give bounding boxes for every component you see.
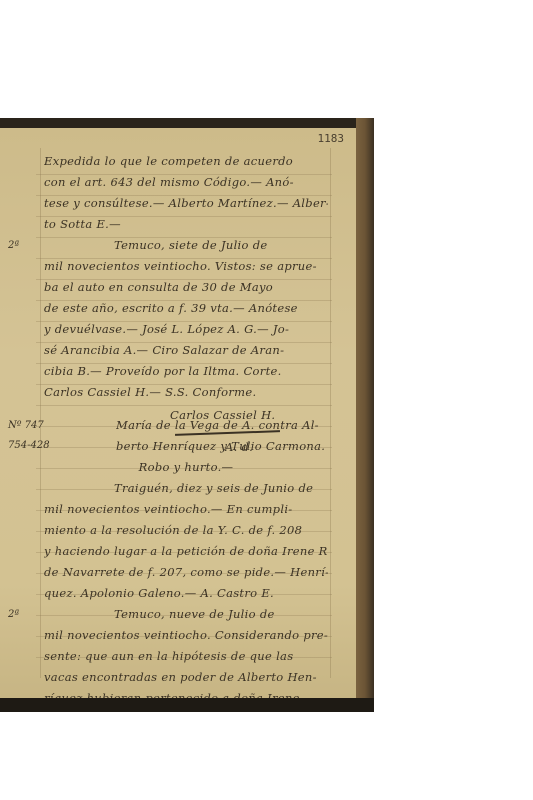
text-line: mil novecientos veintiocho.— En cumpli- xyxy=(44,502,328,523)
text-line: quez. Apolonio Galeno.— A. Castro E. xyxy=(44,586,328,607)
book-spine xyxy=(356,118,374,712)
margin-case-number: Nº 747 xyxy=(8,420,44,431)
case-title: berto Henríquez y Tulio Carmona. xyxy=(116,439,328,460)
scanned-ledger-page: 1183 Expedida lo que le competen de acue… xyxy=(0,118,374,712)
text-line: de Navarrete de f. 207, como se pide.— H… xyxy=(44,565,328,586)
text-line: y devuélvase.— José L. López A. G.— Jo- xyxy=(44,322,328,343)
text-line: mil novecientos veintiocho. Vistos: se a… xyxy=(44,259,328,280)
text-line: miento a la resolución de la Y. C. de f.… xyxy=(44,523,328,544)
folio-number: 1183 xyxy=(318,132,345,145)
case-subject: Robo y hurto.— xyxy=(44,460,328,481)
margin-case-ref: 754-428 xyxy=(8,440,50,451)
paper-page: 1183 Expedida lo que le competen de acue… xyxy=(0,128,358,698)
text-line: con el art. 643 del mismo Código.— Anó- xyxy=(44,175,328,196)
text-line: sente: que aun en la hipótesis de que la… xyxy=(44,649,328,670)
text-line: sé Arancibia A.— Ciro Salazar de Aran- xyxy=(44,343,328,364)
left-margin-line xyxy=(40,148,41,678)
text-line: to Sotta E.— xyxy=(44,217,328,238)
case-title: María de la Vega de A. contra Al- xyxy=(116,418,328,439)
text-line: tese y consúltese.— Alberto Martínez.— A… xyxy=(44,196,328,217)
text-line: cibia B.— Proveído por la Iltma. Corte. xyxy=(44,364,328,385)
text-line: Traiguén, diez y seis de Junio de xyxy=(44,481,358,502)
scan-bottom-edge xyxy=(0,698,374,712)
text-line: vacas encontradas en poder de Alberto He… xyxy=(44,670,328,691)
margin-note: 2ª xyxy=(8,240,19,251)
right-margin-line xyxy=(330,148,331,678)
text-line: Temuco, nueve de Julio de xyxy=(44,607,358,628)
text-line: ba el auto en consulta de 30 de Mayo xyxy=(44,280,328,301)
text-line: y haciendo lugar a la petición de doña I… xyxy=(44,544,328,565)
margin-note: 2ª xyxy=(8,609,19,620)
text-line: Expedida lo que le competen de acuerdo xyxy=(44,154,328,175)
text-line: Temuco, siete de Julio de xyxy=(44,238,358,259)
text-line: Carlos Cassiel H.— S.S. Conforme. xyxy=(44,385,328,406)
text-line: ríquez hubieran pertenecido a doña Irene xyxy=(44,691,328,698)
text-line: mil novecientos veintiocho. Considerando… xyxy=(44,628,328,649)
text-line: de este año, escrito a f. 39 vta.— Anóte… xyxy=(44,301,328,322)
